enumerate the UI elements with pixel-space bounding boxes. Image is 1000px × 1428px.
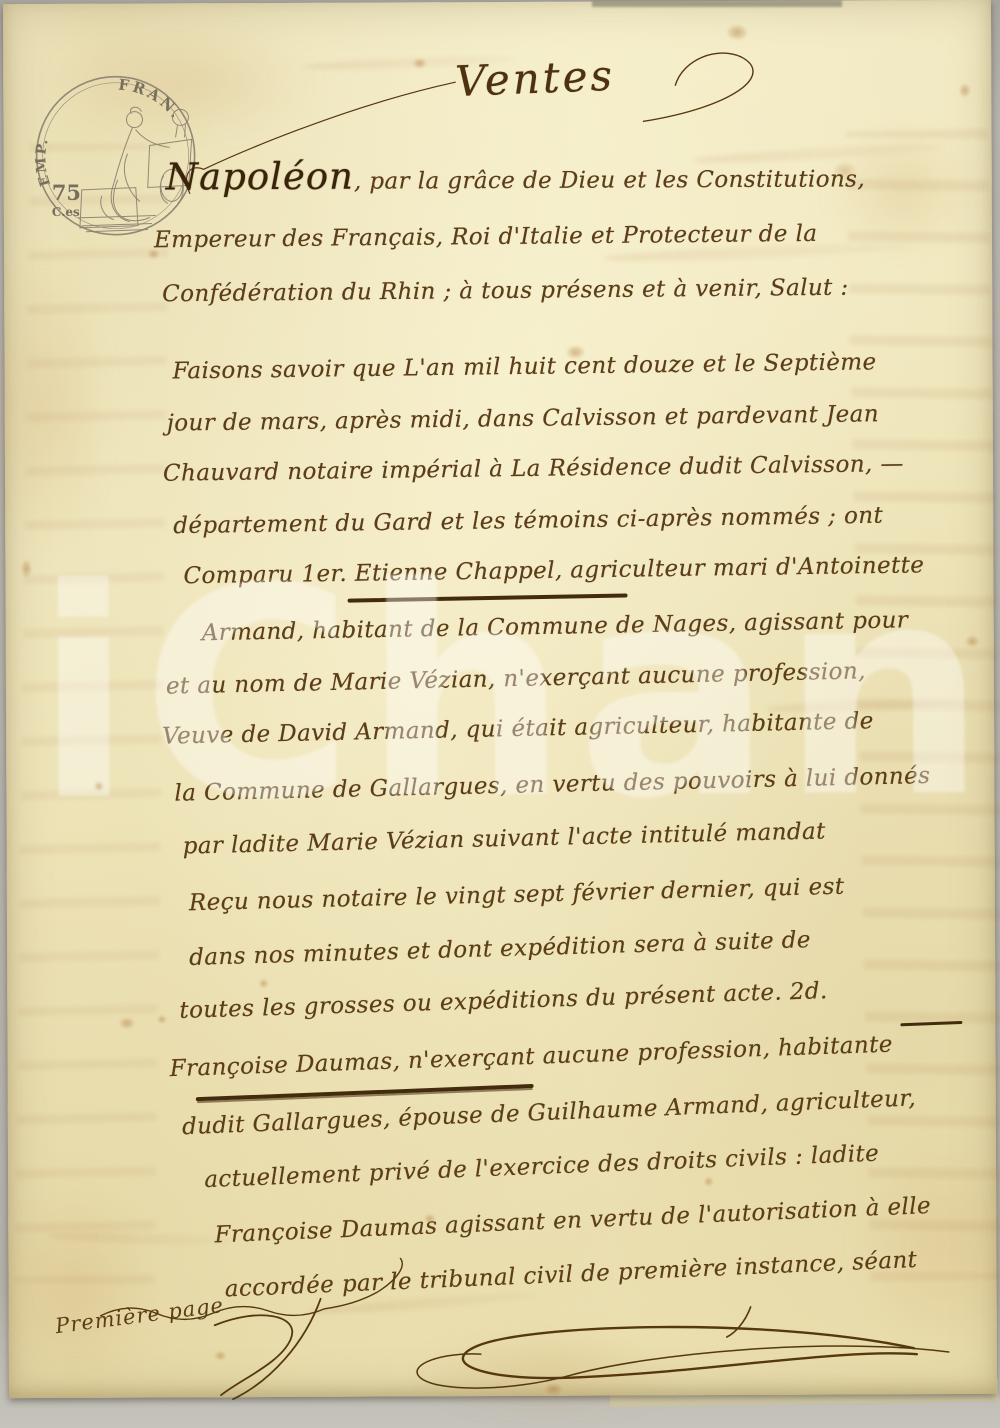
wavy-paraph (100, 1258, 402, 1319)
foxing-spot (119, 1018, 134, 1029)
scan-background: { "page": { "background_color": "#b3b0a9… (0, 0, 1000, 1428)
closing-flourish (417, 1346, 949, 1389)
foxing-spot (727, 25, 747, 40)
closing-flourishes (3, 0, 1000, 1428)
foxing-spot (259, 979, 268, 988)
foxing-spot (413, 58, 426, 68)
foxing-spot (148, 249, 159, 258)
foxing-spot (566, 346, 584, 359)
closing-flourish (463, 1326, 917, 1379)
scan-gap-shadow (592, 0, 842, 7)
foxing-spot (959, 84, 970, 97)
foxing-spot (21, 560, 31, 577)
manuscript-page: FRAN. EMP. 75 C.es (3, 0, 997, 1398)
foxing-spot (215, 1351, 226, 1360)
closing-flourish (727, 1307, 751, 1337)
foxing-spot (424, 1214, 435, 1223)
foxing-spot (704, 1177, 713, 1186)
foxing-spot (834, 162, 856, 179)
foxing-spot (966, 636, 979, 647)
foxing-spot (545, 1384, 562, 1395)
foxing-spot (157, 1015, 166, 1023)
foxing-spot (94, 782, 103, 791)
